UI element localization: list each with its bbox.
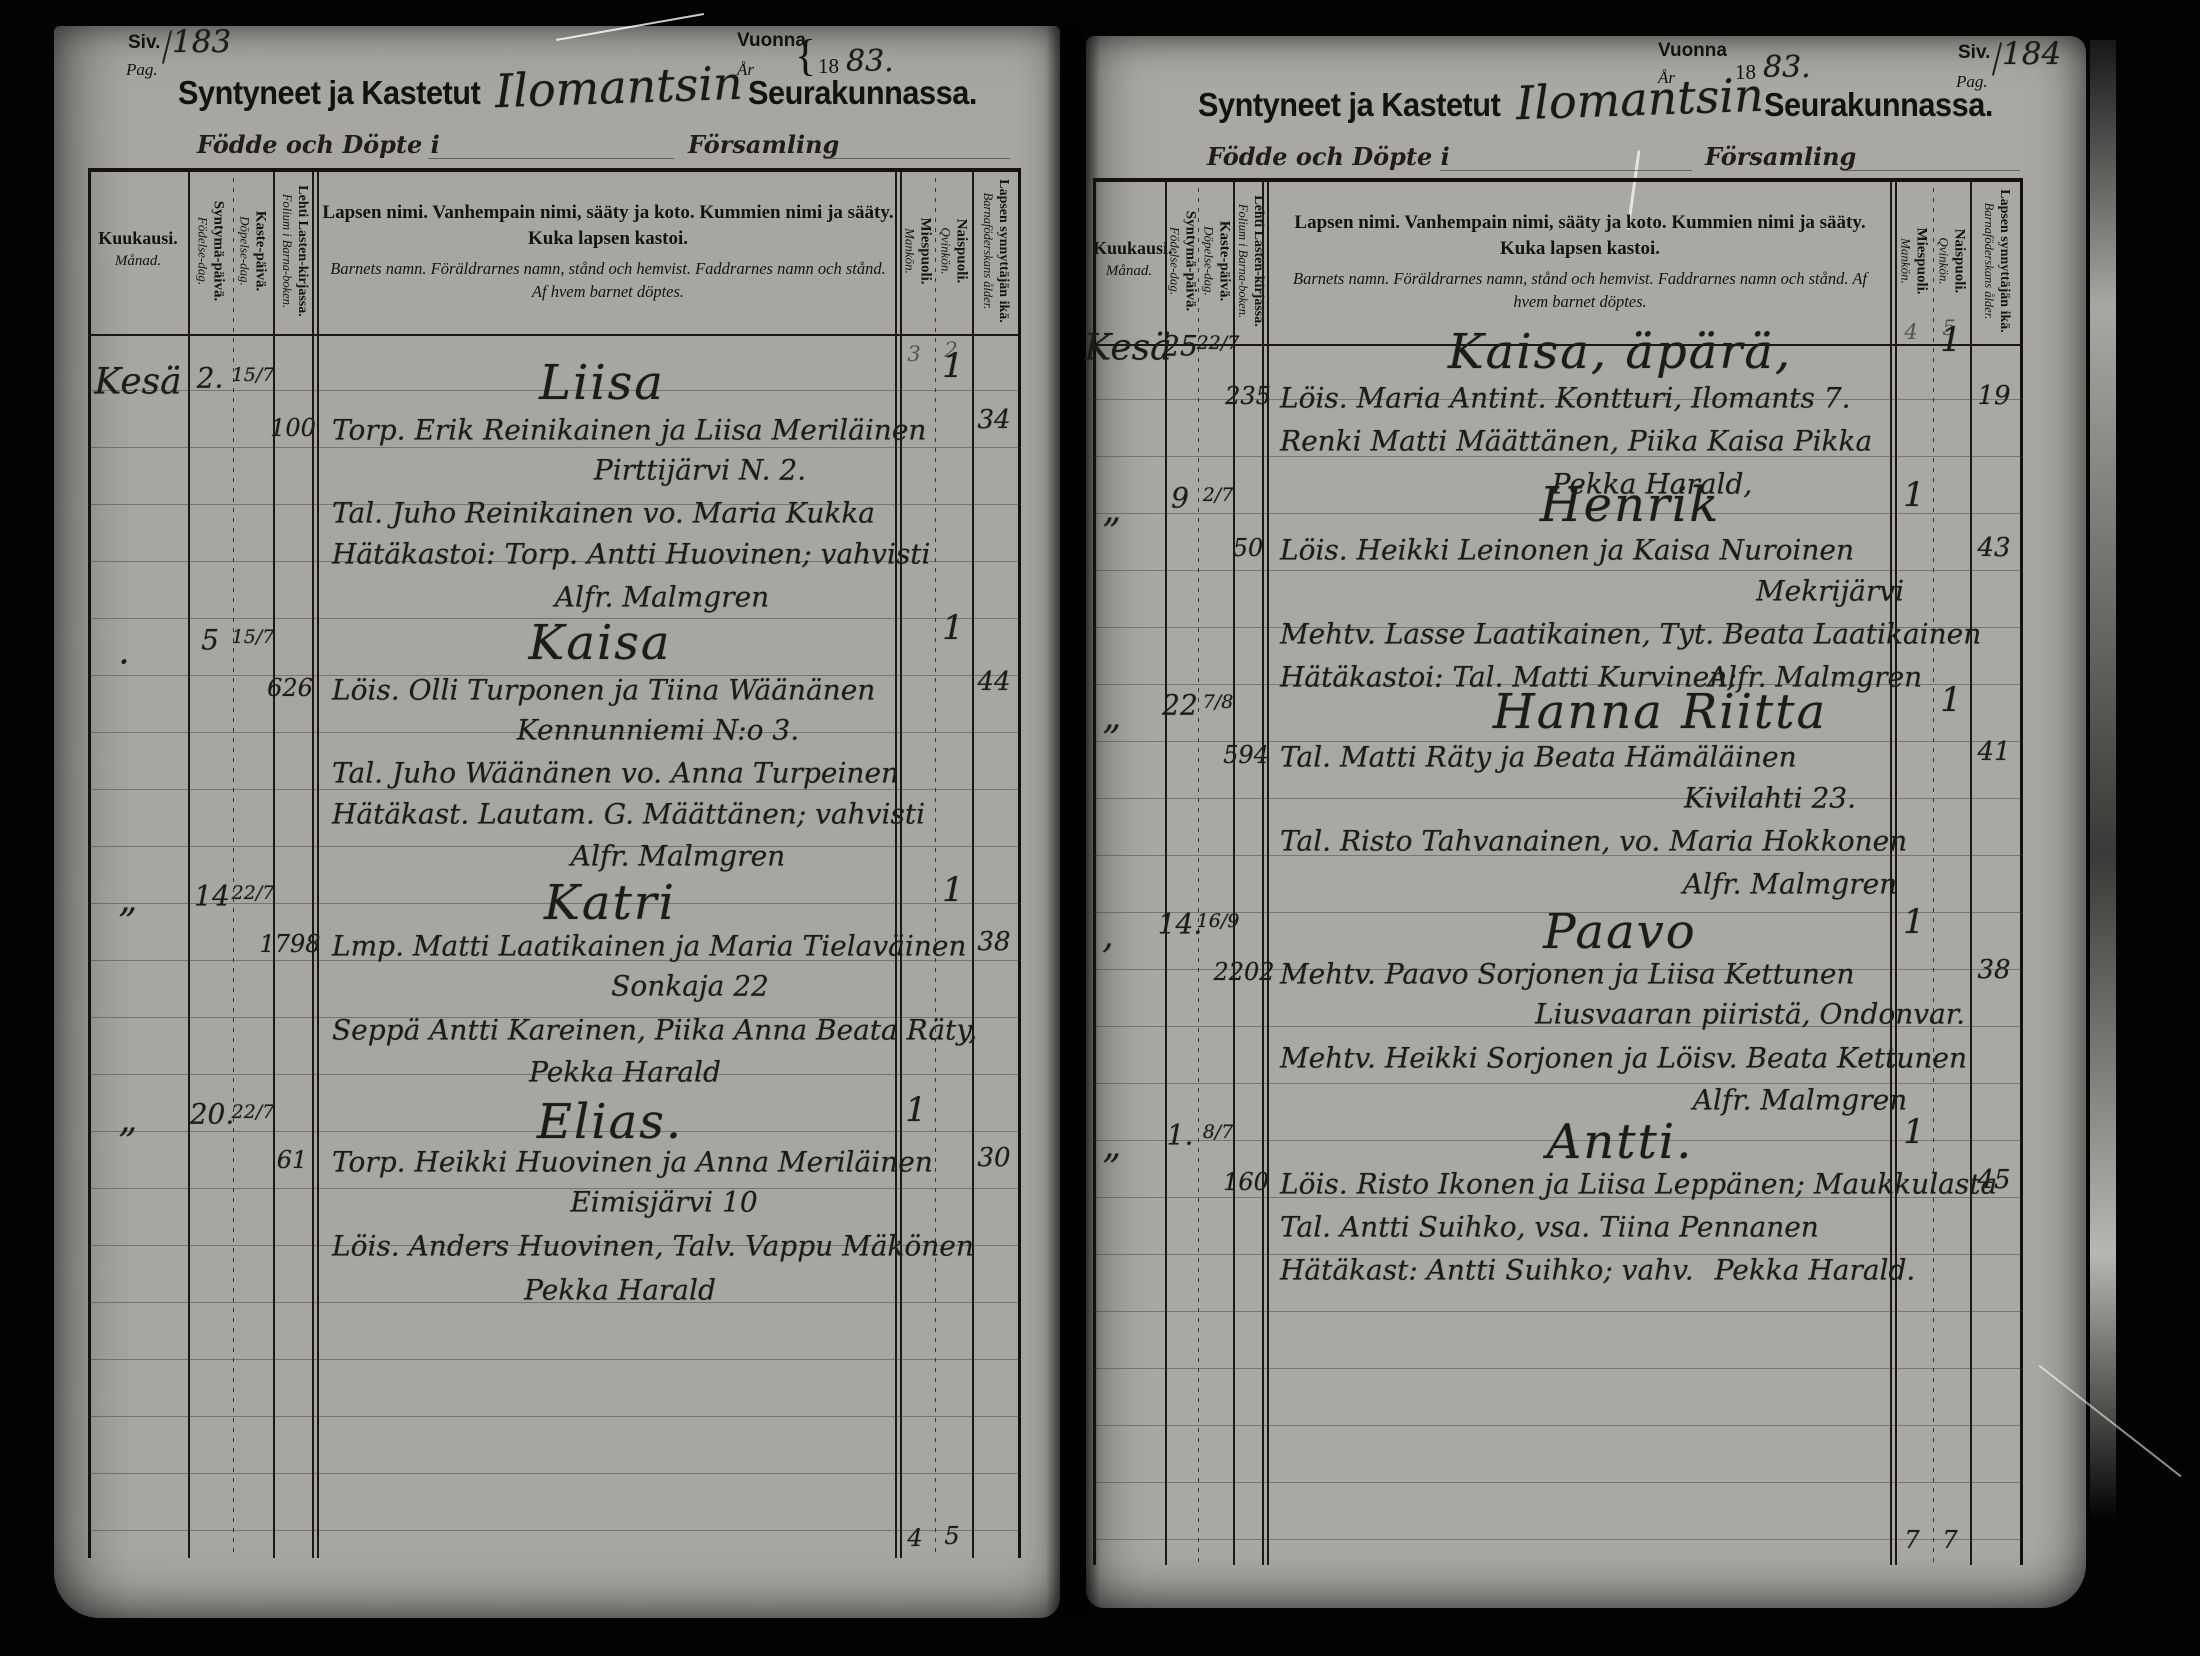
child-name: Kaisa, äpärä, <box>1448 324 1792 380</box>
column-label-sv: Mankön. <box>902 217 917 284</box>
column-label-sv: Qvinkön. <box>938 219 953 284</box>
entry-month: Kesä <box>1084 328 1171 369</box>
page-title-suffix: Seurakunnassa. <box>748 74 977 112</box>
column-label-fi: Lapsen synnyttäjän ikä. <box>995 179 1011 323</box>
mother-age: 19 <box>1977 381 2010 411</box>
column-label-fi: Kaste-päivä. <box>252 211 269 291</box>
child-name: Elias. <box>537 1094 683 1150</box>
column-label-sv: Födelse-dag. <box>195 201 210 301</box>
parents-line: Löis. Risto Ikonen ja Liisa Leppänen; Ma… <box>1280 1168 1997 1201</box>
home-line: Eimisjärvi 10 <box>570 1186 757 1219</box>
column-header-mother-age: Lapsen synnyttäjän ikä. Barnaföderskans … <box>981 179 1011 323</box>
home-line: Pirttijärvi N. 2. <box>594 454 806 487</box>
total-female: 7 <box>1942 1526 1957 1554</box>
witnesses-line: Tal. Risto Tahvanainen, vo. Maria Hokkon… <box>1280 825 1907 858</box>
column-label-fi: Lapsen synnyttäjän ikä. <box>1996 189 2012 333</box>
column-header-mother-age: Lapsen synnyttäjän ikä. Barnaföderskans … <box>1982 189 2012 333</box>
subtitle-swedish-right: Församling <box>1705 142 1856 171</box>
column-label-fi: Syntymä-päivä. <box>210 201 227 301</box>
column-header-baptism-day: Kaste-päivä. Döpelse-dag. <box>1201 221 1232 301</box>
mother-age: 44 <box>977 667 1010 697</box>
column-label-fi: Syntymä-päivä. <box>1182 211 1199 311</box>
home-line: Liusvaaran piiristä, Ondonvar. <box>1535 998 1965 1031</box>
child-name: Hanna Riitta <box>1493 684 1827 740</box>
subtitle-swedish-left: Födde och Döpte i <box>1207 142 1450 171</box>
carried-count-male: 4 <box>1904 320 1917 344</box>
mother-age: 45 <box>1977 1165 2010 1195</box>
entry-baptism-date: 8/7 <box>1203 1121 1234 1143</box>
column-label-fi: Kuukausi. <box>88 228 188 249</box>
book-fore-edge <box>2090 40 2116 1520</box>
column-header-male: Miespuoli. Mankön. <box>1898 227 1929 294</box>
column-header-folio: Lehti Lasten-kirjassa. Folium i Barna-bo… <box>1236 195 1266 326</box>
blank-rule <box>1440 170 1692 171</box>
blank-rule <box>824 158 1010 159</box>
witnesses-line: Seppä Antti Kareinen, Piika Anna Beata R… <box>332 1014 977 1047</box>
column-label-fi: Miespuoli. <box>1913 227 1930 294</box>
home-line: Mekrijärvi <box>1756 575 1904 608</box>
column-header-folio: Lehti Lasten-kirjassa. Folium i Barna-bo… <box>280 185 310 316</box>
column-label-fi: Miespuoli. <box>917 217 934 284</box>
total-male: 4 <box>907 1524 922 1552</box>
column-label-fi: Naispuoli. <box>1951 229 1968 294</box>
baptizer-line: Pekka Harald. <box>1715 1254 1916 1287</box>
column-label-sv: Qvinkön. <box>1936 229 1951 294</box>
entry-folio: 100 <box>270 414 316 442</box>
entry-month: „ <box>119 1100 138 1141</box>
column-label-fi: Naispuoli. <box>953 219 970 284</box>
mother-age: 38 <box>977 927 1010 957</box>
binding-gutter <box>1046 26 1100 1618</box>
entry-month: „ <box>119 880 138 921</box>
subtitle-swedish-left: Födde och Döpte i <box>197 130 440 159</box>
baptizer-line: Pekka Harald <box>529 1056 721 1089</box>
page-number: 184 <box>2002 36 2061 72</box>
witnesses-line: Mehtv. Heikki Sorjonen ja Löisv. Beata K… <box>1280 1042 1967 1075</box>
blank-rule <box>1842 170 2020 171</box>
child-name: Liisa <box>539 355 665 411</box>
male-tally: 1 <box>905 1090 927 1130</box>
column-header-month: Kuukausi. Månad. <box>1093 238 1165 280</box>
page-title-prefix: Syntyneet ja Kastetut <box>1198 86 1500 124</box>
total-female: 5 <box>944 1522 959 1550</box>
entry-birth-day: 2. <box>197 362 224 395</box>
column-header-baptism-day: Kaste-päivä. Döpelse-dag. <box>237 211 268 291</box>
entry-folio: 2202 <box>1213 958 1274 986</box>
child-name: Kaisa <box>528 615 671 671</box>
entry-birth-day: 22 <box>1162 689 1198 722</box>
siv-label: Siv. <box>128 32 160 54</box>
parents-line: Mehtv. Paavo Sorjonen ja Liisa Kettunen <box>1280 958 1855 991</box>
male-tally: 1 <box>1903 902 1925 942</box>
subtitle-swedish-right: Församling <box>688 130 839 159</box>
female-tally: 1 <box>1940 320 1962 360</box>
entry-birth-day: 5 <box>201 624 219 657</box>
entry-folio: 61 <box>277 1146 308 1174</box>
page-title-suffix: Seurakunnassa. <box>1764 86 1993 124</box>
parents-line: Lmp. Matti Laatikainen ja Maria Tielaväi… <box>332 930 966 963</box>
baptizer-line: Alfr. Malmgren <box>1693 1084 1907 1117</box>
column-label-fi: Kuukausi. <box>1093 238 1165 259</box>
child-name: Henrik <box>1540 477 1721 533</box>
column-label-sv: Döpelse-dag. <box>1201 221 1216 301</box>
female-tally: 1 <box>942 870 964 910</box>
entry-baptism-date: 15/7 <box>232 626 275 648</box>
column-header-female: Naispuoli. Qvinkön. <box>1936 229 1967 294</box>
entry-folio: 160 <box>1223 1168 1269 1196</box>
witnesses-line: Tal. Antti Suihko, vsa. Tiina Pennanen <box>1280 1211 1819 1244</box>
column-label-sv: Folium i Barna-boken. <box>280 185 294 316</box>
entry-baptism-date: 22/7 <box>1197 332 1240 354</box>
child-name: Paavo <box>1543 904 1696 960</box>
entry-folio: 594 <box>1223 741 1269 769</box>
entry-baptism-date: 22/7 <box>232 882 275 904</box>
year-handwritten: 83. <box>1763 50 1811 85</box>
parents-line: Torp. Heikki Huovinen ja Anna Meriläinen <box>332 1146 933 1179</box>
entry-birth-day: 1. <box>1167 1119 1194 1152</box>
column-label-sv: Månad. <box>1093 263 1165 280</box>
parish-name-handwritten: Ilomantsin <box>494 56 743 119</box>
witnesses-line: Hätäkast. Lautam. G. Määttänen; vahvisti <box>332 798 925 831</box>
witnesses-line: Löis. Anders Huovinen, Talv. Vappu Mäkön… <box>332 1230 974 1263</box>
entry-folio: 50 <box>1233 534 1264 562</box>
entry-month: Kesä <box>94 362 181 403</box>
entry-baptism-date: 16/9 <box>1197 910 1240 932</box>
column-label-fi: Lapsen nimi. Vanhempain nimi, sääty ja k… <box>322 200 894 251</box>
entry-month: „ <box>1103 490 1122 531</box>
female-tally: 1 <box>942 608 964 648</box>
column-label-fi: Lehti Lasten-kirjassa. <box>294 185 310 316</box>
entry-folio: 1798 <box>259 930 320 958</box>
child-name: Katri <box>544 875 676 931</box>
pag-label: Pag. <box>126 60 158 80</box>
column-label-fi: Lapsen nimi. Vanhempain nimi, sääty ja k… <box>1274 210 1886 261</box>
entry-month: „ <box>1103 697 1122 738</box>
parents-line: Löis. Heikki Leinonen ja Kaisa Nuroinen <box>1280 534 1854 567</box>
column-label-sv: Barnaföderskans ålder. <box>981 179 995 323</box>
column-label-sv: Barnets namn. Föräldrarnes namn, stånd o… <box>1274 268 1886 313</box>
parents-line: Tal. Matti Räty ja Beata Hämäläinen <box>1280 741 1797 774</box>
home-line: Kivilahti 23. <box>1684 782 1856 815</box>
witnesses-line: Tal. Juho Wäänänen vo. Anna Turpeinen <box>332 757 899 790</box>
parish-name-handwritten: Ilomantsin <box>1515 68 1764 131</box>
column-header-male: Miespuoli. Mankön. <box>902 217 933 284</box>
mother-age: 41 <box>1977 737 2010 767</box>
parents-line: Löis. Olli Turponen ja Tiina Wäänänen <box>332 674 875 707</box>
parents-line: Torp. Erik Reinikainen ja Liisa Meriläin… <box>332 414 926 447</box>
female-tally: 1 <box>1940 680 1962 720</box>
total-male: 7 <box>1904 1526 1919 1554</box>
baptizer-line: Alfr. Malmgren <box>1683 868 1897 901</box>
mother-age: 30 <box>977 1143 1010 1173</box>
home-line: Kennunniemi N:o 3. <box>517 714 799 747</box>
entry-month: , <box>1102 916 1113 957</box>
column-header-female: Naispuoli. Qvinkön. <box>938 219 969 284</box>
entry-month: . <box>118 632 129 673</box>
baptizer-line: Pekka Harald <box>524 1274 716 1307</box>
witnesses-line: Hätäkast: Antti Suihko; vahv. <box>1280 1254 1694 1287</box>
entry-baptism-date: 2/7 <box>1203 484 1234 506</box>
page-number: 183 <box>172 24 231 60</box>
column-label-fi: Kaste-päivä. <box>1216 221 1233 301</box>
scanned-ledger-spread: Siv. Pag. 183 Vuonna År { 18 83. Syntyne… <box>0 0 2200 1656</box>
entry-folio: 235 <box>1225 382 1271 410</box>
female-tally: 1 <box>942 346 964 386</box>
column-label-sv: Mankön. <box>1898 227 1913 294</box>
entry-month: „ <box>1103 1126 1122 1167</box>
column-label-sv: Födelse-dag. <box>1167 211 1182 311</box>
column-label-fi: Lehti Lasten-kirjassa. <box>1250 195 1266 326</box>
page-title-prefix: Syntyneet ja Kastetut <box>178 74 480 112</box>
column-header-birth-day: Syntymä-päivä. Födelse-dag. <box>1167 211 1198 311</box>
home-line: Sonkaja 22 <box>611 970 769 1003</box>
carried-count-male: 3 <box>907 342 920 366</box>
entry-folio: 626 <box>267 674 313 702</box>
column-label-sv: Folium i Barna-boken. <box>1236 195 1250 326</box>
male-tally: 1 <box>1903 1112 1925 1152</box>
parents-line: Löis. Maria Antint. Kontturi, Ilomants 7… <box>1280 382 1851 415</box>
entry-baptism-date: 15/7 <box>232 364 275 386</box>
child-name: Antti. <box>1547 1114 1694 1170</box>
witnesses-line: Tal. Juho Reinikainen vo. Maria Kukka <box>332 497 875 530</box>
entry-birth-day: 20. <box>190 1098 235 1131</box>
entry-baptism-date: 22/7 <box>232 1101 275 1123</box>
column-header-main: Lapsen nimi. Vanhempain nimi, sääty ja k… <box>1274 210 1886 313</box>
mother-age: 43 <box>1977 533 2010 563</box>
baptizer-line: Alfr. Malmgren <box>571 840 785 873</box>
entry-baptism-date: 7/8 <box>1203 691 1234 713</box>
witnesses-line: Mehtv. Lasse Laatikainen, Tyt. Beata Laa… <box>1280 618 1981 651</box>
witnesses-line: Renki Matti Määttänen, Piika Kaisa Pikka <box>1280 425 1872 458</box>
entry-birth-day: 14. <box>1158 908 1203 941</box>
blank-rule <box>428 158 674 159</box>
column-label-sv: Döpelse-dag. <box>237 211 252 291</box>
column-label-sv: Månad. <box>88 253 188 270</box>
vuonna-label: Vuonna <box>1658 40 1727 62</box>
mother-age: 34 <box>977 405 1010 435</box>
column-label-sv: Barnaföderskans ålder. <box>1982 189 1996 333</box>
male-tally: 1 <box>1903 475 1925 515</box>
column-header-main: Lapsen nimi. Vanhempain nimi, sääty ja k… <box>322 200 894 303</box>
column-header-birth-day: Syntymä-päivä. Födelse-dag. <box>195 201 226 301</box>
column-label-sv: Barnets namn. Föräldrarnes namn, stånd o… <box>322 258 894 303</box>
column-header-month: Kuukausi. Månad. <box>88 228 188 270</box>
mother-age: 38 <box>1977 955 2010 985</box>
entry-birth-day: 14 <box>194 880 230 913</box>
baptizer-line: Alfr. Malmgren <box>555 581 769 614</box>
entry-birth-day: 9 <box>1171 482 1189 515</box>
entry-birth-day: 25 <box>1162 330 1198 363</box>
witnesses-line: Hätäkastoi: Torp. Antti Huovinen; vahvis… <box>332 538 931 571</box>
siv-label: Siv. <box>1958 42 1990 64</box>
